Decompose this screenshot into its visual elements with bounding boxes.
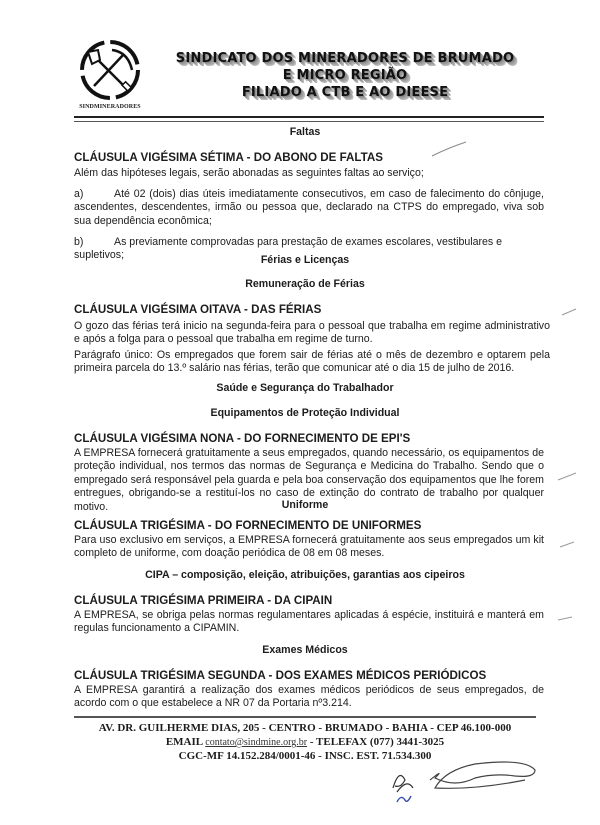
footer-address: AV. DR. GUILHERME DIAS, 205 - CENTRO - B… (74, 722, 536, 735)
section-heading-uniforme: Uniforme (74, 499, 536, 512)
pen-tick-mark-icon (430, 140, 470, 160)
clause-31-title: CLÁUSULA TRIGÉSIMA PRIMEIRA - DA CIPAIN (74, 594, 536, 607)
clause-27-intro: Além das hipóteses legais, serão abonada… (74, 167, 544, 180)
section-heading-faltas: Faltas (74, 126, 536, 139)
email-link[interactable]: contato@sindmine.org.br (205, 737, 307, 748)
clause-28-paragraph: Parágrafo único: Os empregados que forem… (74, 349, 550, 376)
section-heading-saude: Saúde e Segurança do Trabalhador (74, 382, 536, 395)
clause-32-text: A EMPRESA garantirá a realização dos exa… (74, 684, 544, 711)
clause-30-title: CLÁUSULA TRIGÉSIMA - DO FORNECIMENTO DE … (74, 519, 536, 532)
section-heading-cipa: CIPA – composição, eleição, atribuições,… (74, 569, 536, 582)
pen-tick-mark-icon (556, 612, 576, 624)
clause-27-item-a: a)Até 02 (dois) dias úteis imediatamente… (74, 188, 544, 228)
subheading-remuneracao: Remuneração de Férias (74, 278, 536, 291)
header-line-2: E MICRO REGIÃO (150, 67, 540, 84)
subheading-epi: Equipamentos de Proteção Individual (74, 407, 536, 420)
item-a-text: Até 02 (dois) dias úteis imediatamente c… (74, 188, 544, 227)
clause-30-text: Para uso exclusivo em serviços, a EMPRES… (74, 534, 544, 561)
crossed-shovel-pickaxe-icon (74, 38, 146, 104)
header-line-3: FILIADO A CTB E AO DIEESE (150, 84, 540, 101)
clause-28-text: O gozo das férias terá inicio na segunda… (74, 320, 550, 347)
signature-icon (385, 758, 555, 808)
clause-32-title: CLÁUSULA TRIGÉSIMA SEGUNDA - DOS EXAMES … (74, 669, 536, 682)
clause-28-title: CLÁUSULA VIGÉSIMA OITAVA - DAS FÉRIAS (74, 303, 536, 316)
clause-29-title: CLÁUSULA VIGÉSIMA NONA - DO FORNECIMENTO… (74, 432, 536, 445)
pen-tick-mark-icon (556, 470, 580, 482)
telefax: - TELEFAX (077) 3441-3025 (310, 736, 444, 748)
document-page: SINDMINERADORES SINDICATO DOS MINERADORE… (0, 0, 600, 825)
union-name-header: SINDICATO DOS MINERADORES DE BRUMADO E M… (150, 50, 540, 101)
logo-label: SINDMINERADORES (74, 104, 146, 110)
union-logo: SINDMINERADORES (74, 38, 146, 116)
section-heading-exames: Exames Médicos (74, 644, 536, 657)
header-divider (74, 116, 544, 122)
clause-31-text: A EMPRESA, se obriga pelas normas regula… (74, 609, 544, 636)
email-label: EMAIL (166, 736, 203, 748)
pen-tick-mark-icon (558, 538, 578, 550)
header-line-1: SINDICATO DOS MINERADORES DE BRUMADO (150, 50, 540, 67)
footer-divider (74, 716, 536, 720)
section-heading-ferias: Férias e Licenças (74, 254, 536, 267)
footer-contact: EMAIL contato@sindmine.org.br - TELEFAX … (74, 736, 536, 749)
pen-tick-mark-icon (560, 305, 580, 317)
item-a-label: a) (74, 188, 114, 201)
item-b-label: b) (74, 236, 114, 249)
